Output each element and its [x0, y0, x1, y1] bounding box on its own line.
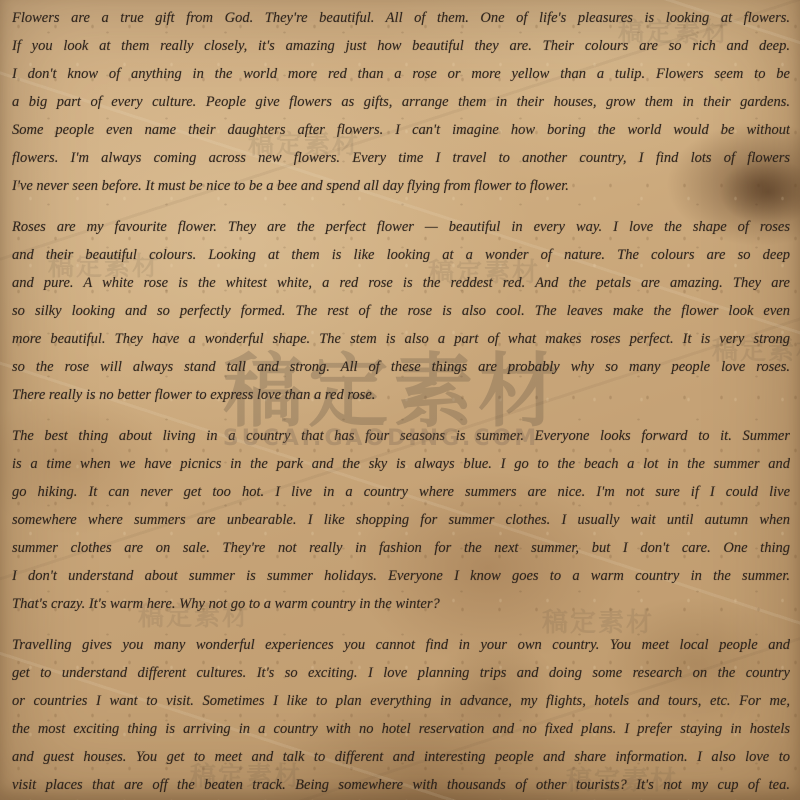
text-line: so silky looking and so perfectly formed… — [12, 297, 790, 325]
text-line: a big part of every culture. People give… — [12, 88, 790, 116]
text-line: Roses are my favourite flower. They are … — [12, 213, 790, 241]
text-line: so the rose will always stand tall and s… — [12, 353, 790, 381]
text-line: flowers. I'm always coming across new fl… — [12, 144, 790, 172]
text-line: visit places that are off the beaten tra… — [12, 771, 790, 799]
text-line: or countries I want to visit. Sometimes … — [12, 687, 790, 715]
text-line: and pure. A white rose is the whitest wh… — [12, 269, 790, 297]
paragraph-roses: Roses are my favourite flower. They are … — [12, 213, 790, 409]
text-line: is a time when we have picnics in the pa… — [12, 450, 790, 478]
text-line: That's crazy. It's warm here. Why not go… — [12, 590, 790, 618]
text-line: and their beautiful colours. Looking at … — [12, 241, 790, 269]
text-line: Some people even name their daughters af… — [12, 116, 790, 144]
text-line: I don't understand about summer is summe… — [12, 562, 790, 590]
paragraph-summer: The best thing about living in a country… — [12, 422, 790, 618]
text-line: The best thing about living in a country… — [12, 422, 790, 450]
text-line: somewhere where summers are unbearable. … — [12, 506, 790, 534]
text-line: get to understand different cultures. It… — [12, 659, 790, 687]
text-line: If you look at them really closely, it's… — [12, 32, 790, 60]
paragraph-flowers: Flowers are a true gift from God. They'r… — [12, 4, 790, 200]
text-line: go hiking. It can never get too hot. I l… — [12, 478, 790, 506]
text-line: I don't know of anything in the world mo… — [12, 60, 790, 88]
text-line: and guest houses. You get to meet and ta… — [12, 743, 790, 771]
text-line: more beautiful. They have a wonderful sh… — [12, 325, 790, 353]
text-line: I've never seen before. It must be nice … — [12, 172, 790, 200]
handwritten-text: Flowers are a true gift from God. They'r… — [0, 0, 800, 800]
text-line: Travelling gives you many wonderful expe… — [12, 631, 790, 659]
text-line: Flowers are a true gift from God. They'r… — [12, 4, 790, 32]
text-line: There really is no better flower to expr… — [12, 381, 790, 409]
paragraph-travelling: Travelling gives you many wonderful expe… — [12, 631, 790, 799]
text-line: summer clothes are on sale. They're not … — [12, 534, 790, 562]
aged-paper-scan: 稿定素材 稿定素材 稿定素材 稿定素材 稿定素材 稿定素材 稿定素材 稿定素材 … — [0, 0, 800, 800]
text-line: the most exciting thing is arriving in a… — [12, 715, 790, 743]
